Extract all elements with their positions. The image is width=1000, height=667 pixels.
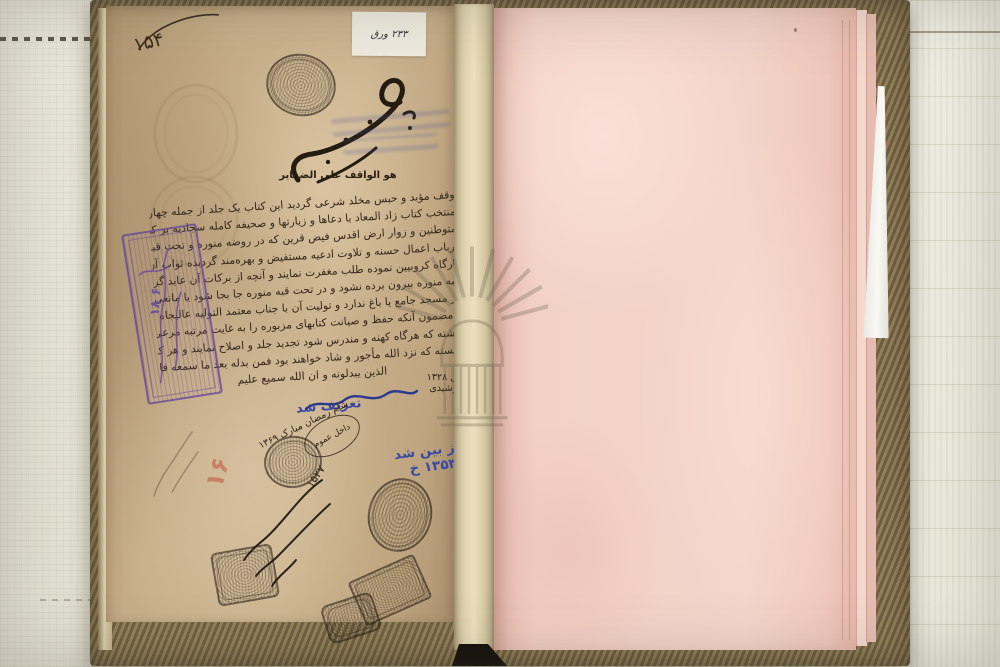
right-page (494, 8, 856, 650)
leaf-count-text: ۲۳۳ ورق (371, 28, 408, 39)
leaf-count-label: ۲۳۳ ورق (352, 12, 426, 57)
folio-number: ۱۵۴ (131, 14, 233, 87)
flourish-stroke (123, 4, 229, 65)
entry-note-text: داخل عموم (312, 422, 352, 450)
page-fold-line (842, 20, 843, 640)
paper-speck (794, 28, 797, 32)
waqf-heading: هو الواقف علی الضمایر (274, 170, 402, 181)
square-seal-stamp (210, 543, 280, 607)
faint-diagonal-note (146, 426, 206, 516)
purple-handwritten-numbers: ۱۸ ۶ (148, 287, 164, 316)
book-cover: ۱۵۴ ۲۳۳ ورق هو الوا (90, 0, 910, 666)
fabric-stitch-line (0, 37, 100, 41)
page-fold-line (849, 20, 850, 640)
gutter-binding-tape (454, 4, 494, 650)
wood-plank-seam (898, 31, 1000, 33)
wood-surface (898, 0, 1000, 667)
paper-speck (886, 140, 890, 145)
left-page: ۱۵۴ ۲۳۳ ورق هو الوا (106, 6, 456, 622)
blind-embossed-seal (154, 84, 238, 183)
manuscript-photo: ۱۵۴ ۲۳۳ ورق هو الوا (0, 0, 1000, 667)
faint-scribble (146, 426, 206, 516)
